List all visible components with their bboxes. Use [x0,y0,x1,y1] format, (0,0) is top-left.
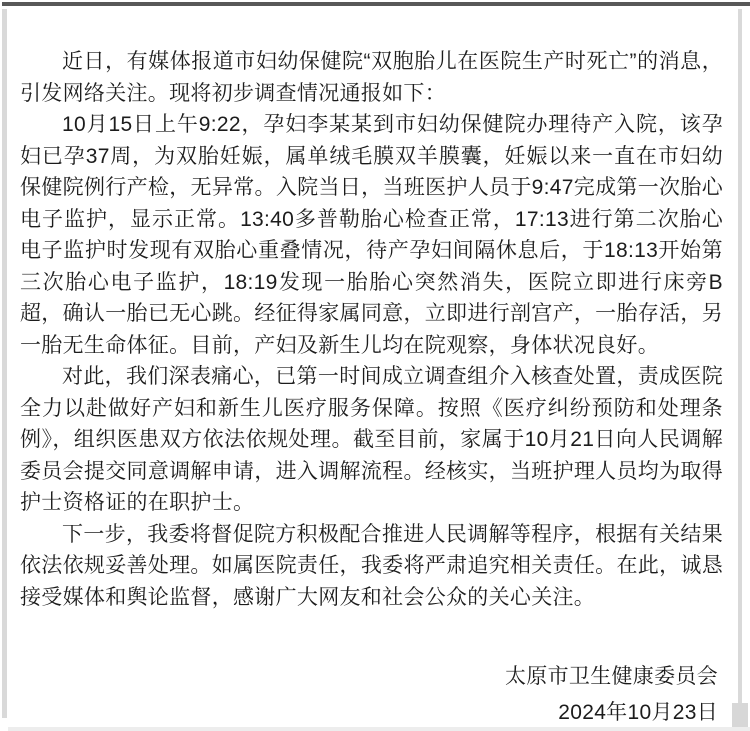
notice-paragraph-timeline: 10月15日上午9:22，孕妇李某某到市妇幼保健院办理待产入院，该孕妇已孕37周… [20,109,723,361]
top-border-rule [2,2,750,6]
issuer-signature: 太原市卫生健康委员会 [20,661,718,693]
notice-paragraph-next-steps: 下一步，我委将督促院方积极配合推进人民调解等程序，根据有关结果依法依规妥善处理。… [20,519,723,614]
right-edge-bar [738,9,742,731]
issue-date: 2024年10月23日 [20,697,718,729]
notice-paragraph-intro: 近日，有媒体报道市妇幼保健院“双胞胎儿在医院生产时死亡”的消息，引发网络关注。现… [20,46,723,109]
left-edge-bar [2,9,7,718]
signature-block: 太原市卫生健康委员会 2024年10月23日 [20,661,723,728]
notice-paragraph-response: 对此，我们深表痛心，已第一时间成立调查组介入核查处置，责成医院全力以赴做好产妇和… [20,361,723,519]
notice-body: 近日，有媒体报道市妇幼保健院“双胞胎儿在医院生产时死亡”的消息，引发网络关注。现… [20,46,723,728]
notice-page: 近日，有媒体报道市妇幼保健院“双胞胎儿在医院生产时死亡”的消息，引发网络关注。现… [0,0,750,731]
